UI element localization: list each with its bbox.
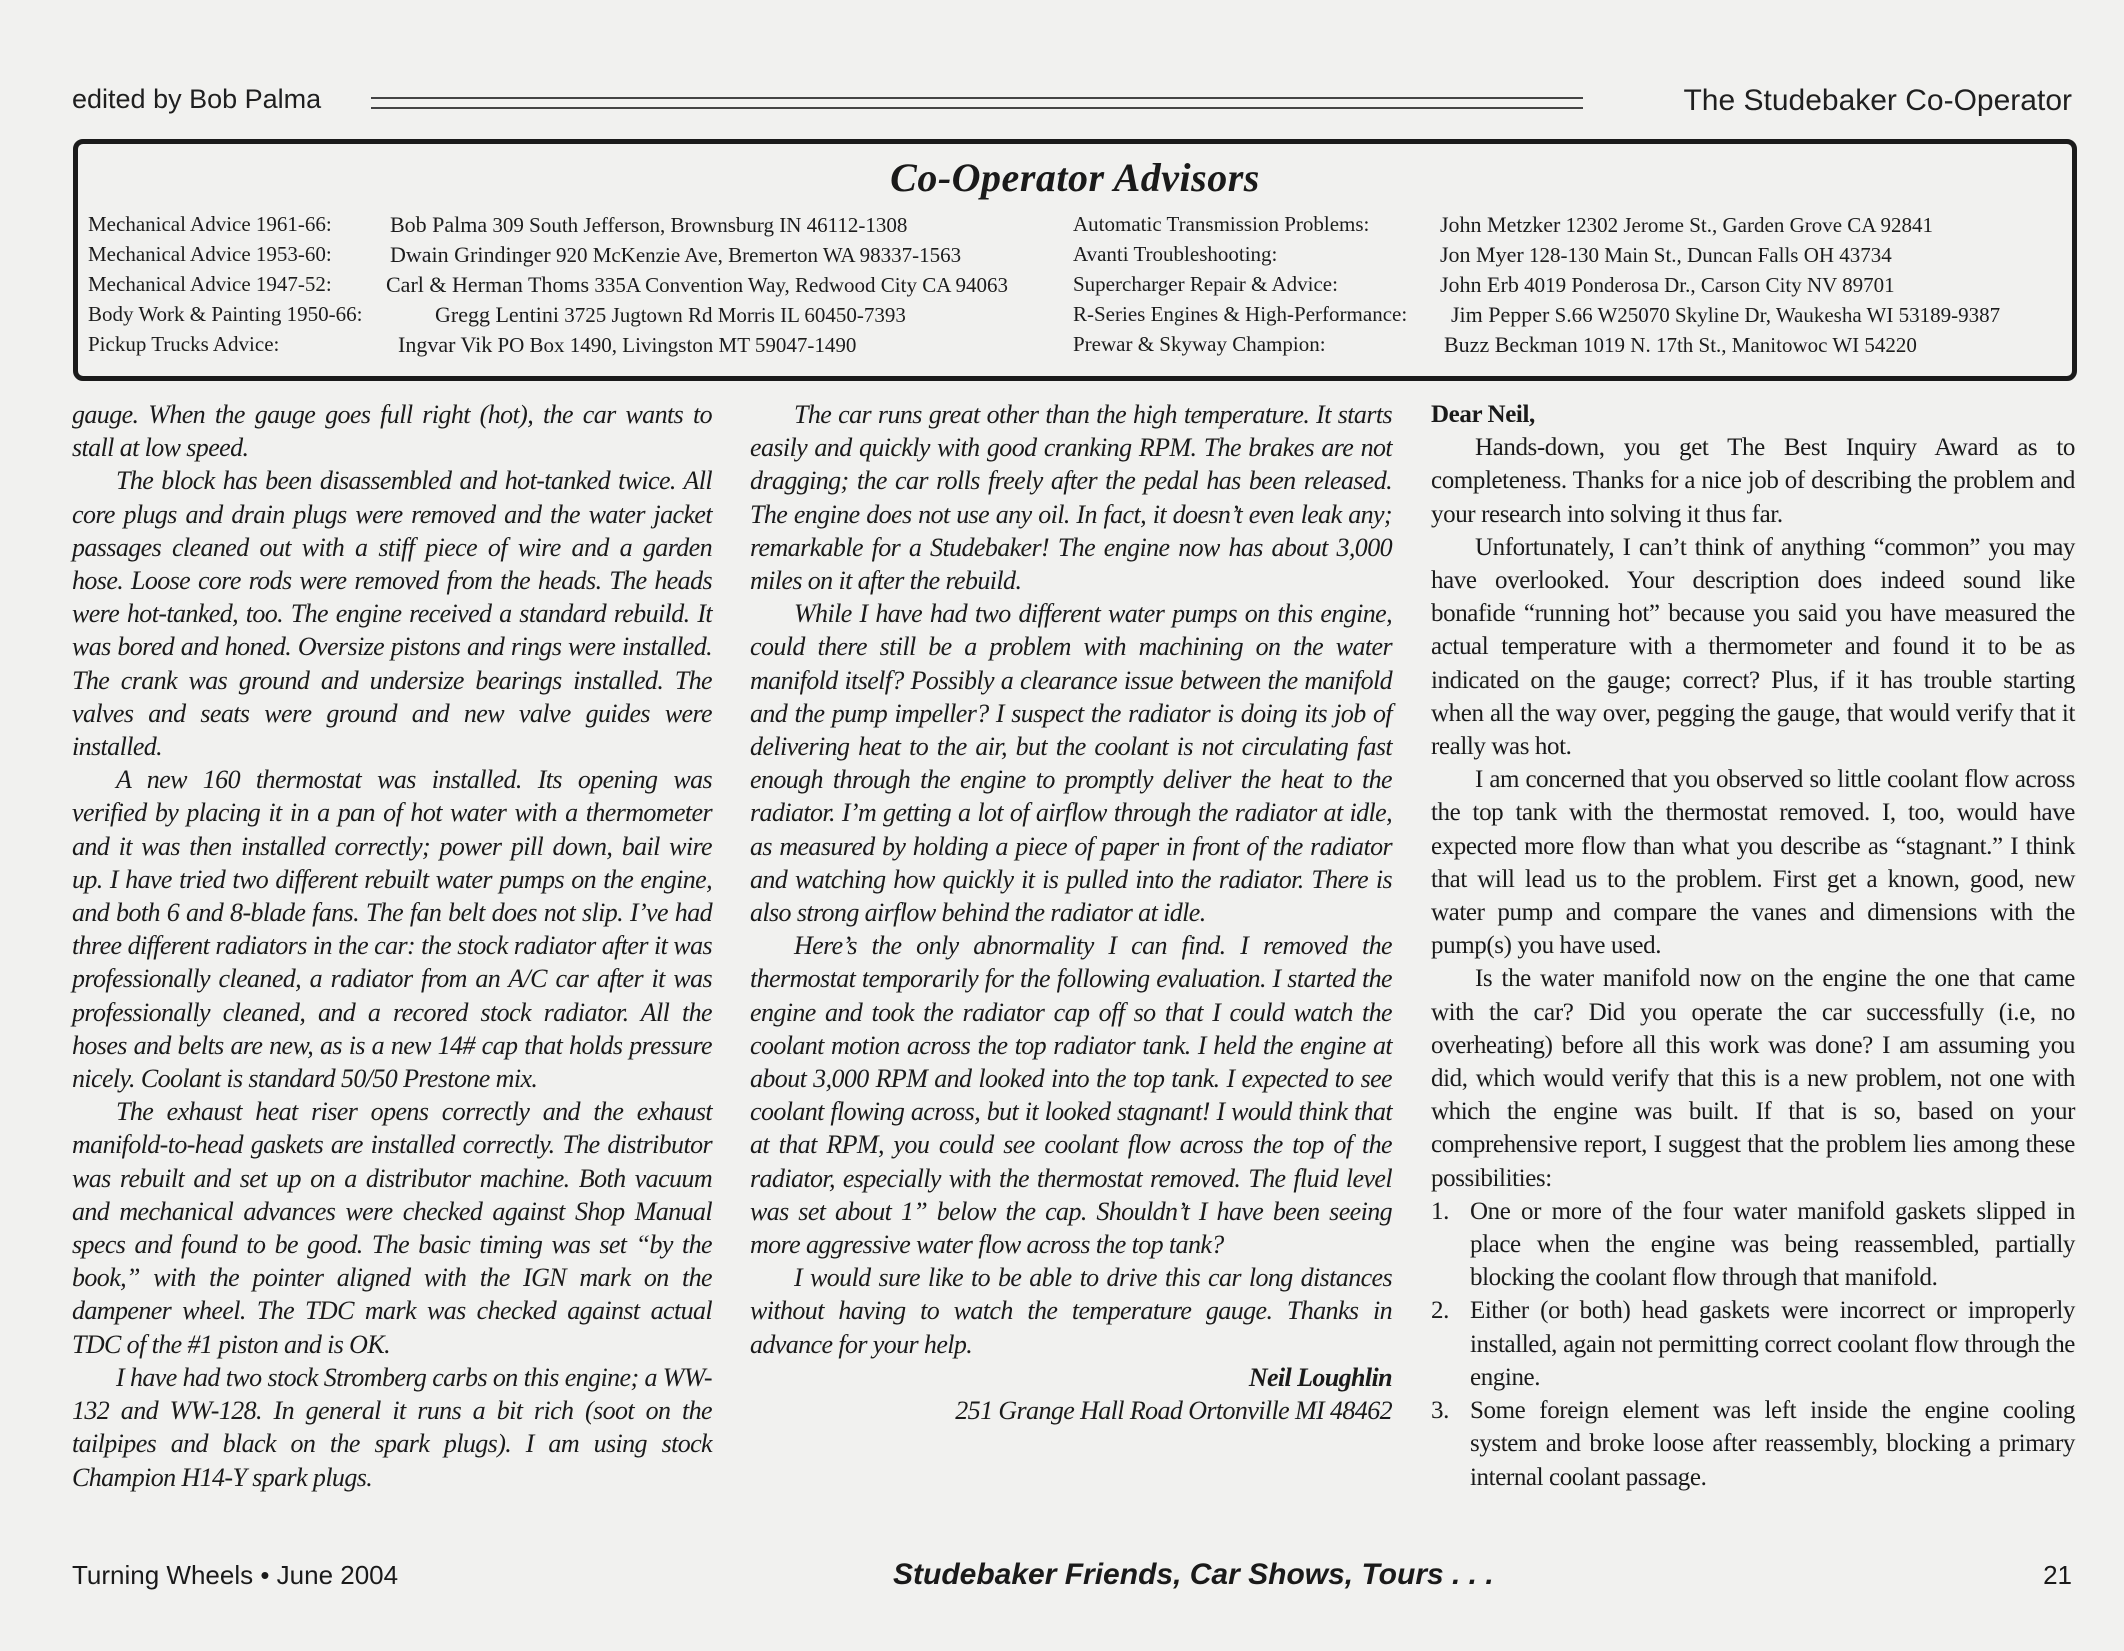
- advisor-name: John Erb: [1440, 272, 1519, 297]
- advisor-label: Mechanical Advice 1953-60:: [88, 242, 332, 267]
- list-number: 1.: [1431, 1195, 1449, 1228]
- list-text: Some foreign element was left inside the…: [1470, 1397, 2075, 1490]
- advisor-address: 4019 Ponderosa Dr., Carson City NV 89701: [1524, 273, 1895, 297]
- letter-paragraph: The exhaust heat riser opens correctly a…: [72, 1095, 712, 1361]
- list-text: One or more of the four water manifold g…: [1470, 1198, 2075, 1291]
- advisor-name: Ingvar Vik: [398, 332, 492, 357]
- header-rule-bottom: [371, 107, 1583, 109]
- advisor-name: Carl & Herman Thoms: [386, 272, 589, 297]
- letter-column-2: The car runs great other than the high t…: [750, 398, 1392, 1427]
- footer-publication: Turning Wheels • June 2004: [72, 1560, 398, 1591]
- header-rule-top: [371, 97, 1583, 99]
- advisor-label: Avanti Troubleshooting:: [1073, 242, 1277, 267]
- advisor-address: 12302 Jerome St., Garden Grove CA 92841: [1566, 213, 1933, 237]
- advisor-address: PO Box 1490, Livingston MT 59047-1490: [497, 333, 856, 357]
- list-number: 3.: [1431, 1394, 1449, 1427]
- advisor-name: Buzz Beckman: [1444, 332, 1578, 357]
- possibilities-list: 1.One or more of the four water manifold…: [1431, 1195, 2075, 1494]
- reply-salutation: Dear Neil,: [1431, 398, 2075, 431]
- reply-paragraph: Is the water manifold now on the engine …: [1431, 962, 2075, 1194]
- letter-paragraph: gauge. When the gauge goes full right (h…: [72, 398, 712, 464]
- advisors-box: Co-Operator Advisors Mechanical Advice 1…: [73, 139, 2077, 381]
- advisor-label: Mechanical Advice 1961-66:: [88, 212, 332, 237]
- advisor-address: 920 McKenzie Ave, Bremerton WA 98337-156…: [556, 243, 961, 267]
- running-header-editor: edited by Bob Palma: [72, 84, 321, 115]
- advisor-label: Body Work & Painting 1950-66:: [88, 302, 362, 327]
- list-number: 2.: [1431, 1294, 1449, 1327]
- list-item: 2.Either (or both) head gaskets were inc…: [1431, 1294, 2075, 1394]
- letter-paragraph: While I have had two different water pum…: [750, 597, 1392, 929]
- advisor-name: Bob Palma: [390, 212, 487, 237]
- list-text: Either (or both) head gaskets were incor…: [1470, 1297, 2075, 1390]
- advisors-title: Co-Operator Advisors: [78, 154, 2072, 201]
- reply-paragraph: I am concerned that you observed so litt…: [1431, 763, 2075, 962]
- letter-paragraph: I would sure like to be able to drive th…: [750, 1261, 1392, 1361]
- letter-column-1: gauge. When the gauge goes full right (h…: [72, 398, 712, 1494]
- advisor-label: Mechanical Advice 1947-52:: [88, 272, 332, 297]
- advisor-name: John Metzker: [1440, 212, 1560, 237]
- letter-signature-name: Neil Loughlin: [750, 1361, 1392, 1394]
- advisor-address: 3725 Jugtown Rd Morris IL 60450-7393: [564, 303, 906, 327]
- footer-tagline: Studebaker Friends, Car Shows, Tours . .…: [893, 1558, 1494, 1592]
- letter-paragraph: The block has been disassembled and hot-…: [72, 464, 712, 763]
- reply-paragraph: Hands-down, you get The Best Inquiry Awa…: [1431, 431, 2075, 531]
- advisor-label: Supercharger Repair & Advice:: [1073, 272, 1338, 297]
- advisor-label: Automatic Transmission Problems:: [1073, 212, 1369, 237]
- running-header-column-title: The Studebaker Co-Operator: [1683, 84, 2072, 118]
- advisor-name: Gregg Lentini: [435, 302, 559, 327]
- advisor-label: R-Series Engines & High-Performance:: [1073, 302, 1407, 327]
- advisor-address: S.66 W25070 Skyline Dr, Waukesha WI 5318…: [1555, 303, 2000, 327]
- letter-paragraph: The car runs great other than the high t…: [750, 398, 1392, 597]
- advisor-label: Prewar & Skyway Champion:: [1073, 332, 1326, 357]
- advisor-name: Dwain Grindinger: [390, 242, 551, 267]
- list-item: 3.Some foreign element was left inside t…: [1431, 1394, 2075, 1494]
- letter-signature-address: 251 Grange Hall Road Ortonville MI 48462: [750, 1394, 1392, 1427]
- list-item: 1.One or more of the four water manifold…: [1431, 1195, 2075, 1295]
- advisor-address: 309 South Jefferson, Brownsburg IN 46112…: [492, 213, 907, 237]
- reply-paragraph: Unfortunately, I can’t think of anything…: [1431, 531, 2075, 763]
- letter-paragraph: I have had two stock Stromberg carbs on …: [72, 1361, 712, 1494]
- advisor-name: Jon Myer: [1440, 242, 1524, 267]
- letter-paragraph: A new 160 thermostat was installed. Its …: [72, 763, 712, 1095]
- page-number: 21: [2043, 1560, 2072, 1591]
- advisor-name: Jim Pepper: [1451, 302, 1549, 327]
- letter-paragraph: Here’s the only abnormality I can find. …: [750, 929, 1392, 1261]
- advisor-address: 335A Convention Way, Redwood City CA 940…: [594, 273, 1008, 297]
- reply-column: Dear Neil, Hands-down, you get The Best …: [1431, 398, 2075, 1494]
- advisor-label: Pickup Trucks Advice:: [88, 332, 279, 357]
- advisor-address: 128-130 Main St., Duncan Falls OH 43734: [1529, 243, 1892, 267]
- advisor-address: 1019 N. 17th St., Manitowoc WI 54220: [1583, 333, 1917, 357]
